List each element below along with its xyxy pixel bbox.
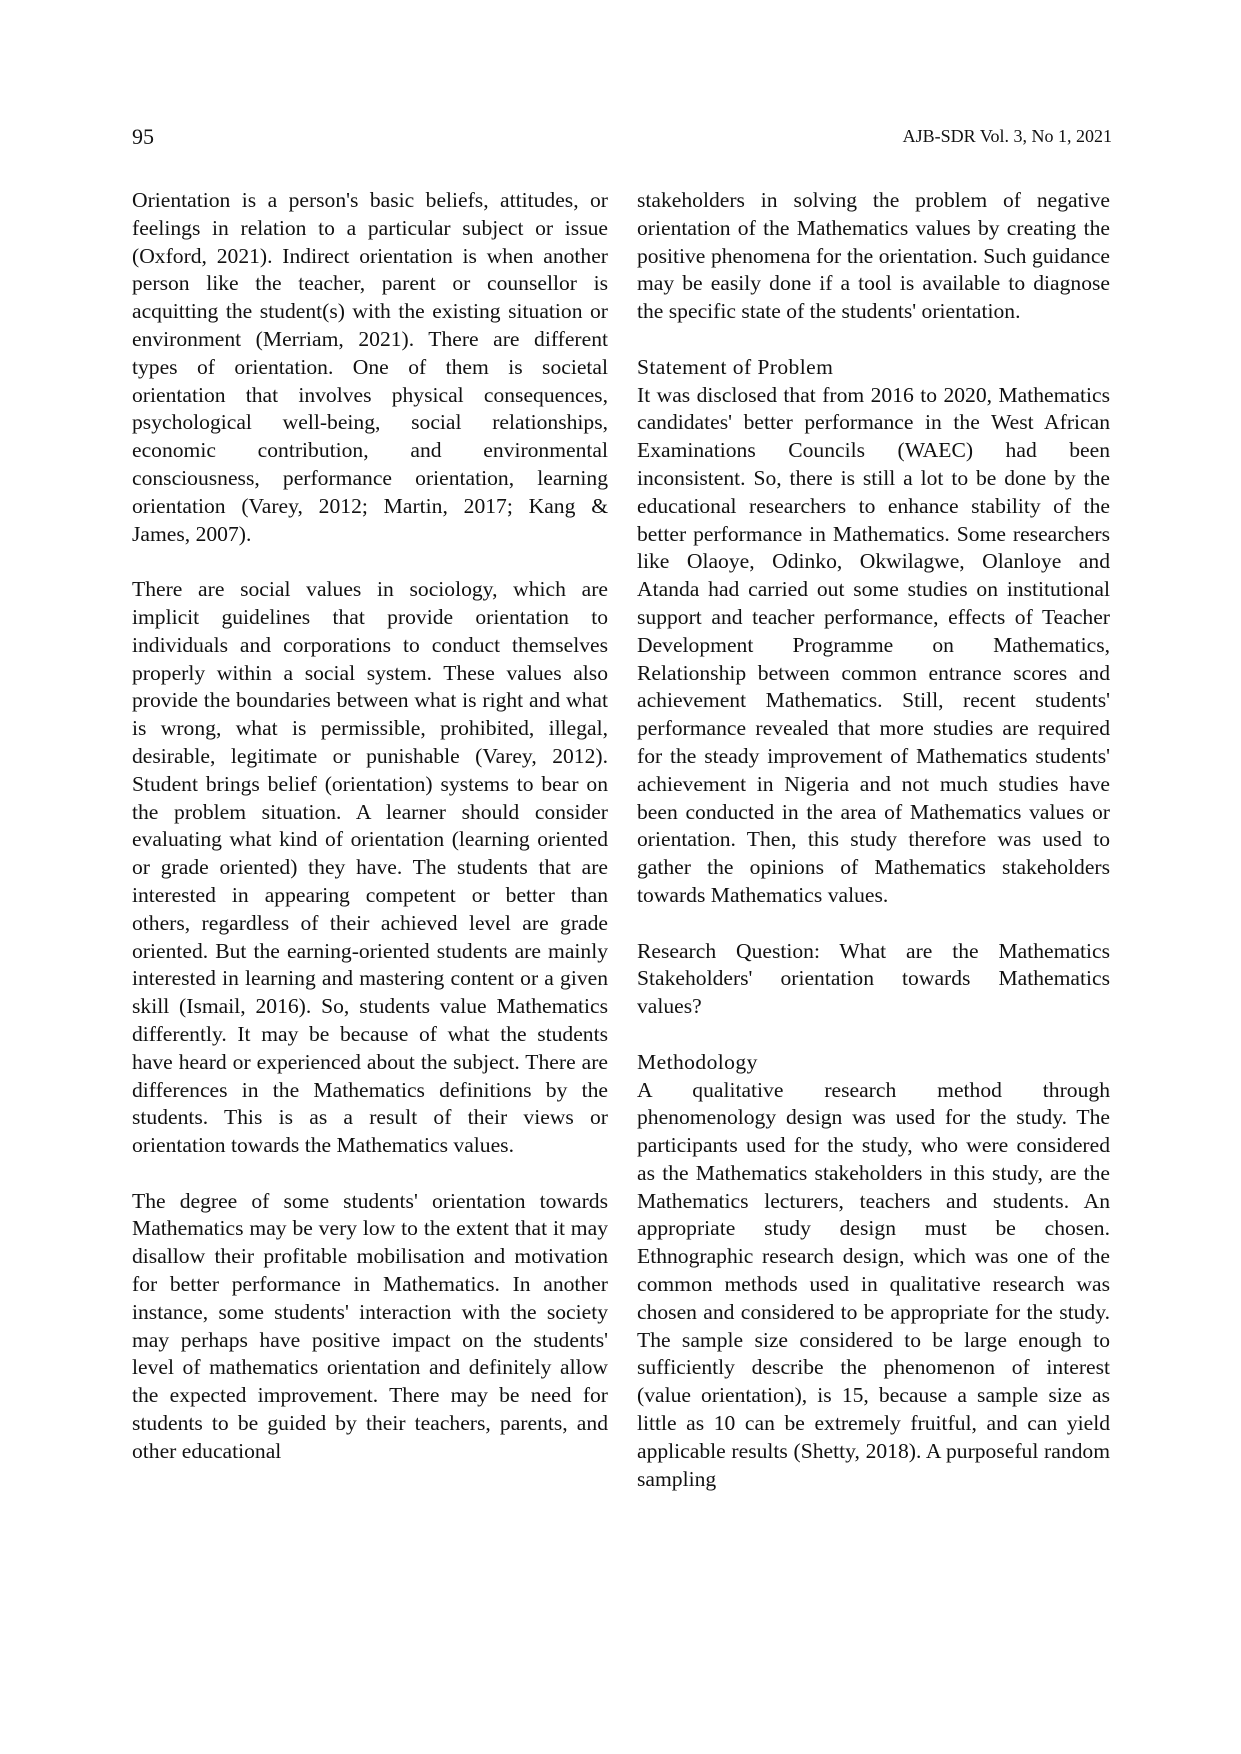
journal-reference: AJB-SDR Vol. 3, No 1, 2021 (903, 126, 1112, 147)
paragraph-statement-of-problem: It was disclosed that from 2016 to 2020,… (637, 382, 1110, 910)
section-heading-statement-of-problem: Statement of Problem (637, 354, 1110, 382)
page-number: 95 (132, 124, 154, 150)
left-column: Orientation is a person's basic beliefs,… (132, 187, 608, 1466)
paragraph-methodology: A qualitative research method through ph… (637, 1077, 1110, 1494)
right-column: stakeholders in solving the problem of n… (637, 187, 1110, 1493)
paragraph-orientation-definition: Orientation is a person's basic beliefs,… (132, 187, 608, 548)
paragraph-stakeholders: stakeholders in solving the problem of n… (637, 187, 1110, 326)
paragraph-degree-of-orientation: The degree of some students' orientation… (132, 1188, 608, 1466)
paragraph-social-values: There are social values in sociology, wh… (132, 576, 608, 1160)
research-question: Research Question: What are the Mathemat… (637, 938, 1110, 1021)
section-heading-methodology: Methodology (637, 1049, 1110, 1077)
page-header: 95 AJB-SDR Vol. 3, No 1, 2021 (132, 124, 1112, 154)
